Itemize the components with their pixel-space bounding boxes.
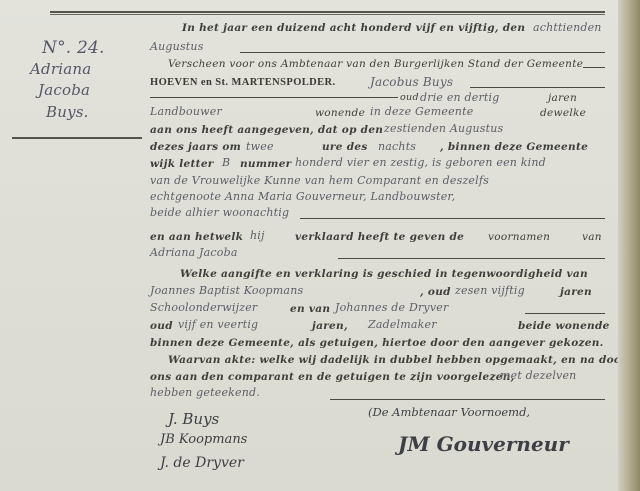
official-note: (De Ambtenaar Voornoemd, (368, 405, 530, 419)
text-nummer: nummer (240, 158, 292, 170)
fill-rule (470, 87, 605, 88)
birth-time-of-day: nachts (378, 140, 416, 153)
text-line-19: binnen deze Gemeente, als getuigen, hier… (150, 337, 604, 349)
text-dewelke: dewelke (540, 107, 586, 119)
witness-1-occupation: Schoolonderwijzer (150, 301, 257, 314)
declarant-residence: in deze Gemeente (370, 105, 473, 118)
document-page: N°. 24. Adriana Jacoba Buys. In het jaar… (0, 0, 618, 491)
text-verklaard: verklaard heeft te geven de (295, 231, 464, 243)
text-ure-des: ure des (322, 141, 368, 153)
record-number: N°. 24. (42, 38, 105, 58)
fill-rule (300, 218, 605, 219)
top-rule-thin (50, 14, 605, 15)
margin-name-2: Jacoba (38, 81, 90, 99)
margin-name-1: Adriana (30, 60, 91, 78)
text-jaren-2: jaren (560, 286, 592, 298)
text-voornamen: voornamen (488, 231, 550, 243)
text-jaren: jaren (548, 92, 577, 104)
witness-2-occupation: Zadelmaker (368, 318, 437, 331)
municipality-name: HOEVEN en St. MARTENSPOLDER. (150, 77, 336, 88)
page-edge (618, 0, 640, 491)
hand-line-12: beide alhier woonachtig (150, 206, 289, 219)
ward-letter: B (222, 156, 230, 169)
text-line-20: Waarvan akte: welke wij dadelijk in dubb… (168, 354, 627, 366)
text-line-1: In het jaar een duizend acht honderd vij… (182, 22, 525, 34)
text-line-15: Welke aangifte en verklaring is geschied… (180, 268, 588, 280)
witness-1-age: zesen vijftig (455, 284, 525, 297)
declarant-occupation: Landbouwer (150, 105, 222, 118)
text-en-van: en van (290, 303, 330, 315)
text-oud-3: oud (150, 320, 173, 332)
declared-by: hij (250, 229, 265, 242)
hand-line-21: met dezelven (500, 369, 576, 382)
hand-line-10: van de Vrouwelijke Kunne van hem Compara… (150, 174, 489, 187)
hand-line-22: hebben geteekend. (150, 386, 260, 399)
witness-1-name: Joannes Baptist Koopmans (150, 284, 303, 297)
text-line-13: en aan hetwelk (150, 231, 243, 243)
fill-rule (240, 52, 605, 53)
text-line-9: wijk letter (150, 158, 214, 170)
text-van: van (582, 231, 602, 243)
text-line-8: dezes jaars om (150, 141, 241, 153)
fill-rule (525, 313, 605, 314)
fill-rule (338, 258, 605, 259)
margin-name-3: Buys. (46, 103, 89, 121)
margin-rule (12, 137, 142, 139)
hand-line-1: achttienden (533, 21, 602, 34)
declarant-name: Jacobus Buys (370, 75, 453, 89)
top-rule (50, 11, 605, 13)
hand-line-2: Augustus (150, 40, 204, 53)
signature-official: JM Gouverneur (398, 432, 569, 456)
fill-rule (583, 67, 605, 68)
signature-witness-1: JB Koopmans (160, 432, 247, 447)
text-wonende: wonende (315, 107, 365, 119)
witness-2-age: vijf en veertig (178, 318, 258, 331)
fill-rule (150, 97, 398, 98)
text-oud-2: , oud (420, 286, 451, 298)
text-oud: oud (400, 92, 419, 103)
signature-witness-2: J. de Dryver (160, 455, 244, 471)
witness-2-name: Johannes de Dryver (335, 301, 448, 314)
fill-rule (330, 399, 605, 400)
text-line-21: ons aan den comparant en de getuigen te … (150, 371, 515, 383)
house-number-and-birth: honderd vier en zestig, is geboren een k… (295, 156, 546, 169)
signature-declarant: J. Buys (168, 410, 219, 428)
birth-date: zestienden Augustus (384, 122, 503, 135)
declarant-age: drie en dertig (420, 91, 500, 104)
text-line-8-end: , binnen deze Gemeente (440, 141, 588, 153)
birth-hour: twee (246, 140, 274, 153)
text-line-7: aan ons heeft aangegeven, dat op den (150, 124, 383, 136)
text-beide-wonende: beide wonende (518, 320, 610, 332)
hand-line-11: echtgenoote Anna Maria Gouverneur, Landb… (150, 190, 455, 203)
text-line-3: Verscheen voor ons Ambtenaar van den Bur… (168, 58, 583, 70)
text-jaren-3: jaren, (312, 320, 348, 332)
child-given-names: Adriana Jacoba (150, 246, 238, 259)
